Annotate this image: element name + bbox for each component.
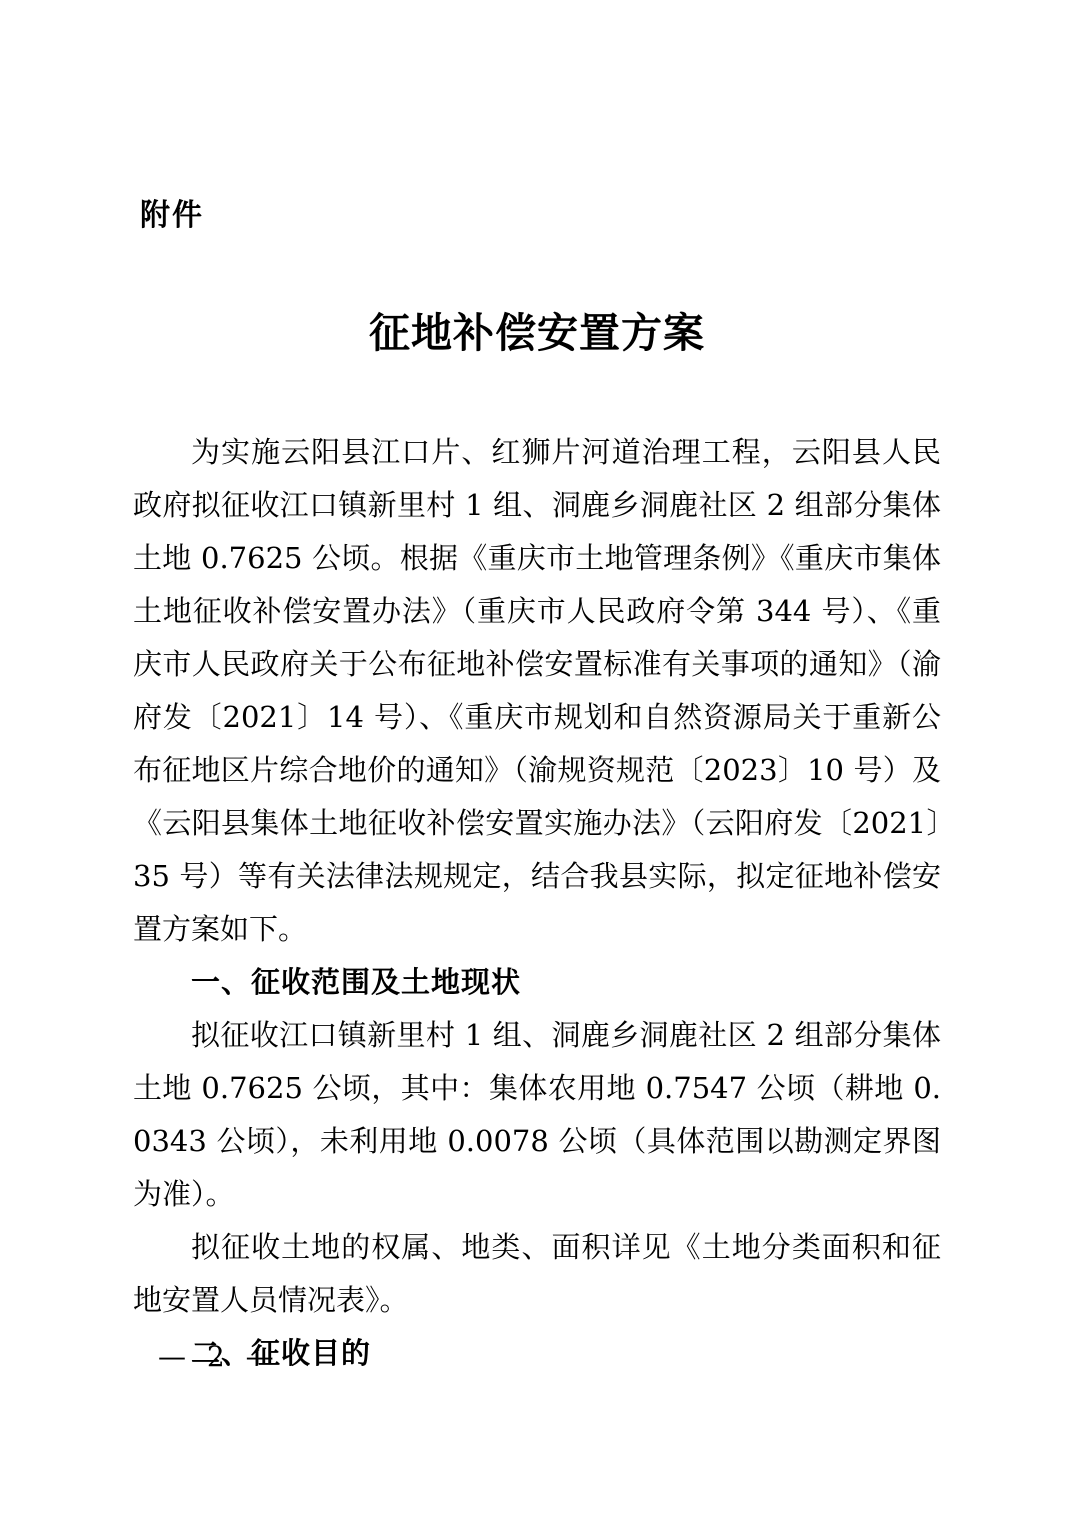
document-title: 征地补偿安置方案 xyxy=(0,300,1074,359)
document-body: 为实施云阳县江口片、红狮片河道治理工程，云阳县人民政府拟征收江口镇新里村 1 组… xyxy=(133,426,941,1380)
attachment-label: 附件 xyxy=(140,198,204,234)
paragraph-land-table-reference: 拟征收土地的权属、地类、面积详见《土地分类面积和征地安置人员情况表》。 xyxy=(133,1221,941,1327)
paragraph-land-scope: 拟征收江口镇新里村 1 组、洞鹿乡洞鹿社区 2 组部分集体土地 0.7625 公… xyxy=(133,1009,941,1221)
section-heading-1: 一、征收范围及土地现状 xyxy=(133,956,941,1009)
document-page: 附件 征地补偿安置方案 为实施云阳县江口片、红狮片河道治理工程，云阳县人民政府拟… xyxy=(0,0,1074,1520)
paragraph-intro: 为实施云阳县江口片、红狮片河道治理工程，云阳县人民政府拟征收江口镇新里村 1 组… xyxy=(133,426,941,956)
page-number: — 2 — xyxy=(158,1340,280,1373)
